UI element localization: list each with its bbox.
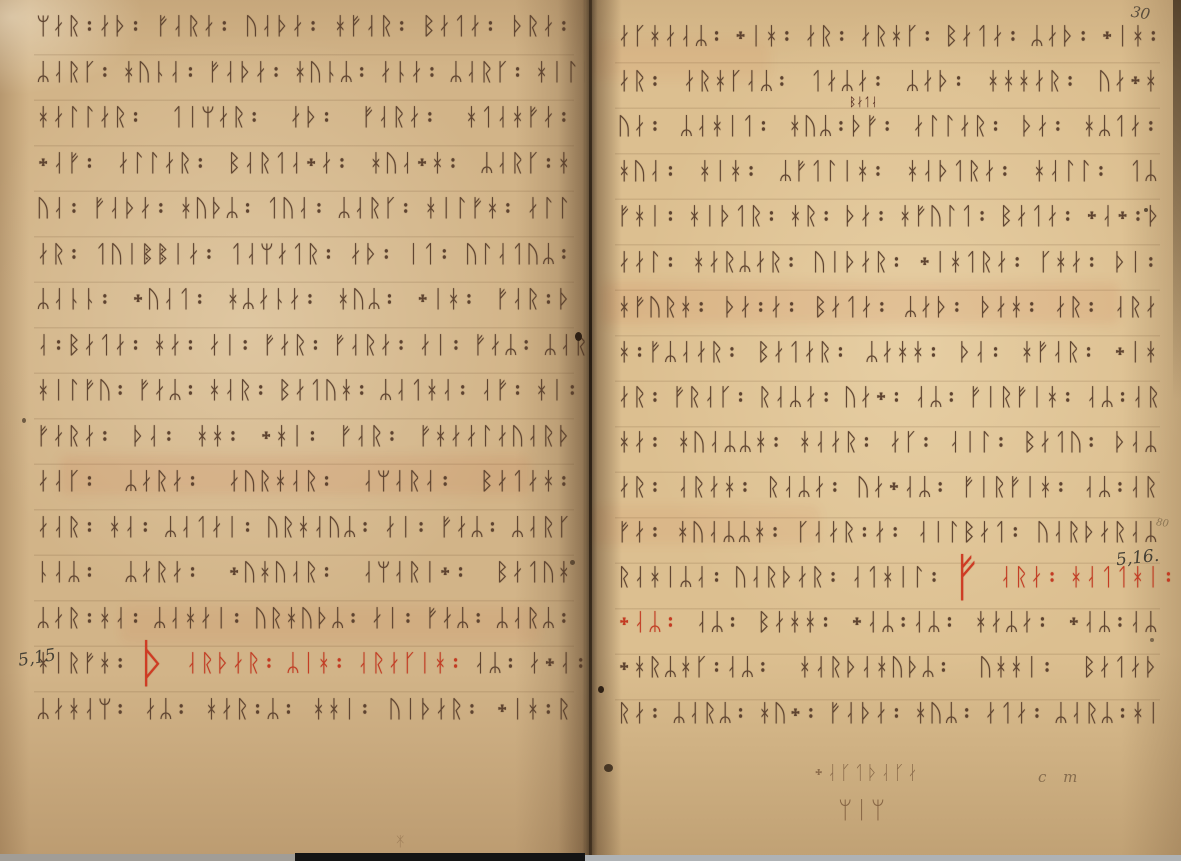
- runic-text-line: ᚼᛅ᛬ ᚼᚢᛆᛦᛦᚼ᛬ ᚼᛆᛅᚱ᛬ ᛅᚴ᛬ ᛆᛁᛚ᛬ ᛒᛅᛐᚢ᛬ ᚦᛆᛦ: [617, 422, 1159, 468]
- ink-speck: [570, 560, 575, 565]
- runic-text-line: ᛅᛆᚱ᛬ ᚼᛆ᛬ ᛦᛆᛐᛅᛁ᛬ ᚢᚱᚼᛆᚢᛦ᛬ ᛅᛁ᛬ ᚠᛅᛦ᛬ ᛦᛆᚱᚴ: [36, 507, 572, 553]
- runic-segment: ᚱᛅ᛬ ᛦᛆᚱᛦ᛬ ᚼᚢ᛭᛬ ᚠᛆᚦᛅ᛬ ᚼᚢᛦ᛬ ᛅᛐᛅ᛬ ᛦᛆᚱᛦ᛬ᚼᛁ: [617, 699, 1162, 727]
- runic-text-line: ᛅᚱ᛬ ᛆᚱᛅᚼ᛬ ᚱᛆᛦᛅ᛬ ᚢᛅ᛭ᛆᛦ᛬ ᚠᛁᚱᚠᛁᚼ᛬ ᛆᛦ᛬ᛆᚱ: [617, 467, 1159, 513]
- ink-speck: [1150, 638, 1154, 642]
- rubric-red-text: ᛆᚱᚦᛅᚱ᛬ ᛦᛁᚼ᛬ ᛆᚱᛅᚴᛁᚼ᛬: [185, 649, 473, 677]
- manuscript-scan: ᛘᛅᚱ᛬ᛅᚦ᛬ ᚠᛆᚱᛅ᛬ ᚢᛆᚦᛅ᛬ ᚼᚠᛆᚱ᛬ ᛒᛅᛐᛅ᛬ ᚦᚱᛅ᛬ ᛦᛆᚱ…: [0, 0, 1181, 861]
- runic-text-line: ᚱᛅ᛬ ᛦᛆᚱᛦ᛬ ᚼᚢ᛭᛬ ᚠᛆᚦᛅ᛬ ᚼᚢᛦ᛬ ᛅᛐᛅ᛬ ᛦᛆᚱᛦ᛬ᚼᛁ: [617, 693, 1159, 739]
- runic-segment: ᚼᚠᚢᚱᚼ᛬ ᚦᛅ᛬ᛅ᛬ ᛒᛅᛐᛅ᛬ ᛦᛅᚦ᛬ ᚦᛅᚼ᛬ ᛅᚱ᛬ ᛆᚱᛅ: [617, 293, 1159, 321]
- runic-segment: ᛦᛅᚼᛆᛘ᛬ ᛅᛦ᛬ ᚼᛅᚱ᛬ᛦ᛬ ᚼᚼᛁ᛬ ᚢᛁᚦᛅᚱ᛬ ᛭ᛁᚼ᛬ᚱ: [36, 695, 572, 723]
- runic-text-line: ᚠᛅ᛬ ᚼᚢᛆᛦᛦᚼ᛬ ᚴᛆᛅᚱ᛬ᛅ᛬ ᛆᛁᛚᛒᛅᛐ᛬ ᚢᛆᚱᚦᛅᚱᛆᛦ: [617, 512, 1159, 558]
- runic-text-line: ᛦᛆᚱᚴ᛬ ᚼᚢᚿᛆ᛬ ᚠᛆᚦᛅ᛬ ᚼᚢᚿᛦ᛬ ᛅᚿᛅ᛬ ᛦᛆᚱᚴ᛬ ᚼᛁᛚᚠ: [36, 52, 572, 98]
- runic-text-line: ᛦᛅᚼᛆᛘ᛬ ᛅᛦ᛬ ᚼᛅᚱ᛬ᛦ᛬ ᚼᚼᛁ᛬ ᚢᛁᚦᛅᚱ᛬ ᛭ᛁᚼ᛬ᚱ: [36, 689, 572, 735]
- runic-text-line: ᚼᛁᛚᚠᚢ᛬ ᚠᛅᛦ᛬ ᚼᛆᚱ᛬ ᛒᛅᛐᚢᚼ᛬ ᛦᛆᛐᚼᛆ᛬ ᛆᚠ᛬ ᚼᛁ᛬: [36, 370, 572, 416]
- runic-text-line: ᚼᛁᚱᚠᚼ᛬ ᚦ ᛆᚱᚦᛅᚱ᛬ ᛦᛁᚼ᛬ ᛆᚱᛅᚴᛁᚼ᛬ ᛆᛦ᛬ ᛅ᛭ᛆ᛬: [36, 643, 572, 689]
- runic-text-line: ᛭ᛆᚠ᛬ ᛅᛚᛚᛅᚱ᛬ ᛒᛆᚱᛐᛆ᛭ᛅ᛬ ᚼᚢᛆ᛭ᚼ᛬ ᛦᛆᚱᚴ᛬ᚼ: [36, 143, 572, 189]
- rubric-red-text: ᛭ᛆᛦ᛬: [617, 608, 695, 636]
- rubric-red-text: ᛆᚱᛅ᛬ ᚼᛆᛐᛐᚼᛁ᛬: [999, 563, 1177, 591]
- runic-segment: ᚼᛅ᛬ ᚼᚢᛆᛦᛦᚼ᛬ ᚼᛆᛅᚱ᛬ ᛅᚴ᛬ ᛆᛁᛚ᛬ ᛒᛅᛐᚢ᛬ ᚦᛆᛦ: [617, 428, 1159, 456]
- left-text-block: ᛘᛅᚱ᛬ᛅᚦ᛬ ᚠᛆᚱᛅ᛬ ᚢᛆᚦᛅ᛬ ᚼᚠᛆᚱ᛬ ᛒᛅᛐᛅ᛬ ᚦᚱᛅ᛬ ᛦᛆᚱ…: [36, 6, 572, 746]
- runic-segment: ᚢᛆ᛬ ᚠᛆᚦᛅ᛬ ᚼᚢᚦᛦ᛬ ᛐᚢᛆ᛬ ᛦᛆᚱᚴ᛬ ᚼᛁᛚᚠᚼ᛬ ᛅᛚᛚ: [36, 194, 572, 222]
- runic-text-line: ᛅᛆᚴ᛬ ᛦᛅᚱᛅ᛬ ᛅᚢᚱᚼᛆᚱ᛬ ᛆᛘᛆᚱᛆ᛬ ᛒᛅᛐᛅᚼ᛬: [36, 461, 572, 507]
- rubric-initial: ᚠ: [951, 548, 999, 608]
- runic-text-line: ᚼᚠᚢᚱᚼ᛬ ᚦᛅ᛬ᛅ᛬ ᛒᛅᛐᛅ᛬ ᛦᛅᚦ᛬ ᚦᛅᚼ᛬ ᛅᚱ᛬ ᛆᚱᛅ: [617, 287, 1159, 333]
- runic-segment: ᛅᚱ᛬ ᚠᚱᛆᚴ᛬ ᚱᛆᛦᛅ᛬ ᚢᛅ᛭᛬ ᛆᛦ᛬ ᚠᛁᚱᚠᛁᚼ᛬ ᛆᛦ᛬ᛆᚱ: [617, 383, 1162, 411]
- right-page: ᛅᚴᚼᛅᛆᛦ᛬ ᛭ᛁᚼ᛬ ᛅᚱ᛬ ᛅᚱᚼᚴ᛬ ᛒᛅᛐᛅ᛬ ᛦᛅᚦ᛬ ᛭ᛁᚼ᛬ ᛅ…: [585, 0, 1181, 861]
- runic-segment: ᚢᛅ᛬ ᛦᛆᚼᛁᛐ᛬ ᚼᚢᛦ᛬ᚦᚠ᛬ ᛅᛚᛚᛅᚱ᛬ ᚦᛅ᛬ ᚼᛦᛐᛅ᛬: [617, 112, 1159, 140]
- runic-segment: ᚼᛅᛚᛚᛅᚱ᛬ ᛐᛁᛘᛅᚱ᛬ ᛅᚦ᛬ ᚠᛆᚱᛅ᛬ ᚼᛐᛆᚼᚠᛅ᛬: [36, 103, 572, 131]
- runic-text-line: ᚿᛆᛦ᛬ ᛦᛅᚱᛅ᛬ ᛭ᚢᚼᚢᛆᚱ᛬ ᛆᛘᛆᚱᛁ᛭᛬ ᛒᛅᛐᚢᚼ: [36, 552, 572, 598]
- book-gutter-crease: [589, 0, 592, 861]
- runic-segment: ᛆᛦ᛬ ᛅ᛭ᛆ᛬: [472, 649, 588, 677]
- right-text-block: ᛅᚴᚼᛅᛆᛦ᛬ ᛭ᛁᚼ᛬ ᛅᚱ᛬ ᛅᚱᚼᚴ᛬ ᛒᛅᛐᛅ᛬ ᛦᛅᚦ᛬ ᛭ᛁᚼ᛬ ᛅ…: [617, 16, 1159, 741]
- runic-segment: ᛘᛅᚱ᛬ᛅᚦ᛬ ᚠᛆᚱᛅ᛬ ᚢᛆᚦᛅ᛬ ᚼᚠᛆᚱ᛬ ᛒᛅᛐᛅ᛬ ᚦᚱᛅ᛬: [36, 12, 572, 40]
- runic-segment: ᛅᛅᛚ᛬ ᚼᛅᚱᛦᛅᚱ᛬ ᚢᛁᚦᛅᚱ᛬ ᛭ᛁᚼᛐᚱᛅ᛬ ᚴᚼᛅ᛬ ᚦᛁ᛬: [617, 248, 1159, 276]
- runic-segment: ᛆ᛬ᛒᛅᛐᛅ᛬ ᚼᛅ᛬ ᛅᛁ᛬ ᚠᛅᚱ᛬ ᚠᛆᚱᛅ᛬ ᛅᛁ᛬ ᚠᛅᛦ᛬ ᛦᛆᚱ᛬…: [36, 331, 620, 359]
- runic-segment: ᚼ᛬ᚠᛦᛆᛅᚱ᛬ ᛒᛅᛐᛅᚱ᛬ ᛦᛅᚼᚼ᛬ ᚦᛆ᛬ ᚼᚠᛆᚱ᛬ ᛭ᛁᚼ: [617, 338, 1159, 366]
- runic-segment: ᚿᛆᛦ᛬ ᛦᛅᚱᛅ᛬ ᛭ᚢᚼᚢᛆᚱ᛬ ᛆᛘᛆᚱᛁ᛭᛬ ᛒᛅᛐᚢᚼ: [36, 558, 572, 586]
- ink-speck: [22, 418, 26, 423]
- runic-segment: ᛅᚱ᛬ ᛆᚱᛅᚼ᛬ ᚱᛆᛦᛅ᛬ ᚢᛅ᛭ᛆᛦ᛬ ᚠᛁᚱᚠᛁᚼ᛬ ᛆᛦ᛬ᛆᚱ: [617, 473, 1159, 501]
- runic-segment: ᛆᛦ᛬ ᛒᛅᚼᚼ᛬ ᛭ᛆᛦ᛬ᛆᛦ᛬ ᚼᛅᛦᛅ᛬ ᛭ᛆᛦ᛬ᛆᛦ: [695, 608, 1159, 636]
- runic-segment: ᚼᚢᛆ᛬ ᚼᛁᚼ᛬ ᛦᚠᛐᛚᛁᚼ᛬ ᚼᛆᚦᛐᚱᛅ᛬ ᚼᛆᛚᛚ᛬ ᛐᛦ: [617, 157, 1159, 185]
- runic-text-line: ᚱᛆᚼᛁᛦᛆ᛬ ᚢᛆᚱᚦᛅᚱ᛬ ᛆᛐᚼᛁᛚ᛬ ᚠ ᛆᚱᛅ᛬ ᚼᛆᛐᛐᚼᛁ᛬: [617, 557, 1159, 603]
- bottom-runic-note: ᛭ᛆᚴᛐᚦᛆᚴᛅ: [813, 762, 920, 784]
- runic-segment: ᛭ᛆᚠ᛬ ᛅᛚᛚᛅᚱ᛬ ᛒᛆᚱᛐᛆ᛭ᛅ᛬ ᚼᚢᛆ᛭ᚼ᛬ ᛦᛆᚱᚴ᛬ᚼ: [36, 149, 572, 177]
- scan-strip-gray: [585, 855, 1181, 861]
- runic-text-line: ᛅᛅᛚ᛬ ᚼᛅᚱᛦᛅᚱ᛬ ᚢᛁᚦᛅᚱ᛬ ᛭ᛁᚼᛐᚱᛅ᛬ ᚴᚼᛅ᛬ ᚦᛁ᛬: [617, 242, 1159, 288]
- runic-text-line: ᛦᛆᚿᚿ᛬ ᛭ᚢᛆᛐ᛬ ᚼᛦᛅᚿᛅ᛬ ᚼᚢᛦ᛬ ᛭ᛁᚼ᛬ ᚠᛆᚱ᛬ᚦ: [36, 279, 572, 325]
- runic-segment: ᛅᚴᚼᛅᛆᛦ᛬ ᛭ᛁᚼ᛬ ᛅᚱ᛬ ᛅᚱᚼᚴ᛬ ᛒᛅᛐᛅ᛬ ᛦᛅᚦ᛬ ᛭ᛁᚼ᛬: [617, 22, 1162, 50]
- runic-text-line: ᛆ᛬ᛒᛅᛐᛅ᛬ ᚼᛅ᛬ ᛅᛁ᛬ ᚠᛅᚱ᛬ ᚠᛆᚱᛅ᛬ ᛅᛁ᛬ ᚠᛅᛦ᛬ ᛦᛆᚱ᛬…: [36, 325, 572, 371]
- scan-strip-gray: [0, 854, 295, 861]
- left-page: ᛘᛅᚱ᛬ᛅᚦ᛬ ᚠᛆᚱᛅ᛬ ᚢᛆᚦᛅ᛬ ᚼᚠᛆᚱ᛬ ᛒᛅᛐᛅ᛬ ᚦᚱᛅ᛬ ᛦᛆᚱ…: [0, 0, 585, 861]
- ink-speck: [575, 332, 582, 341]
- runic-text-line: ᛅᚱ᛬ ᚠᚱᛆᚴ᛬ ᚱᛆᛦᛅ᛬ ᚢᛅ᛭᛬ ᛆᛦ᛬ ᚠᛁᚱᚠᛁᚼ᛬ ᛆᛦ᛬ᛆᚱ: [617, 377, 1159, 423]
- runic-segment: ᚱᛆᚼᛁᛦᛆ᛬ ᚢᛆᚱᚦᛅᚱ᛬ ᛆᛐᚼᛁᛚ᛬: [617, 563, 951, 591]
- runic-text-line: ᛭ᚼᚱᛦᚼᚴ᛬ᛆᛦ᛬ ᚼᛆᚱᚦᛆᚼᚢᚦᛦ᛬ ᚢᚼᚼᛁ᛬ ᛒᛅᛐᛅᚦ: [617, 647, 1159, 693]
- rubric-initial: ᚦ: [137, 634, 185, 694]
- edge-note: 80: [1155, 517, 1169, 530]
- runic-segment: ᛅᚱ᛬ ᛐᚢᛁᛔᛔᛁᛅ᛬ ᛐᛆᛘᛅᛐᚱ᛬ ᛅᚦ᛬ ᛁᛐ᛬ ᚢᛚᛆᛐᚢᛦ᛬: [36, 240, 572, 268]
- runic-segment: ᚼᛁᛚᚠᚢ᛬ ᚠᛅᛦ᛬ ᚼᛆᚱ᛬ ᛒᛅᛐᚢᚼ᛬ ᛦᛆᛐᚼᛆ᛬ ᛆᚠ᛬ ᚼᛁ᛬: [36, 376, 581, 404]
- stray-mark: ᛡ: [396, 834, 404, 850]
- bottom-runic-note: ᛘᛁᛘ: [838, 796, 887, 824]
- runic-text-line: ᚼᛅᛚᛚᛅᚱ᛬ ᛐᛁᛘᛅᚱ᛬ ᛅᚦ᛬ ᚠᛆᚱᛅ᛬ ᚼᛐᛆᚼᚠᛅ᛬: [36, 97, 572, 143]
- runic-text-line: ᚢᛅ᛬ ᛦᛆᚼᛁᛐ᛬ ᚼᚢᛦ᛬ᚦᚠ᛬ ᛅᛚᛚᛅᚱ᛬ ᚦᛅ᛬ ᚼᛦᛐᛅ᛬: [617, 106, 1159, 152]
- runic-segment: ᚠᛅᚱᛅ᛬ ᚦᛆ᛬ ᚼᚼ᛬ ᛭ᚼᛁ᛬ ᚠᛆᚱ᛬ ᚠᚼᛅᛅᛚᛅᚢᛆᚱᚦ: [36, 422, 572, 450]
- ink-speck: [604, 764, 613, 772]
- runic-segment: ᚠᚼᛁ᛬ ᚼᛁᚦᛐᚱ᛬ ᚼᚱ᛬ ᚦᛅ᛬ ᚼᚠᚢᛚᛐ᛬ ᛒᛅᛐᛅ᛬ ᛭ᛆ᛭᛬ᚦ: [617, 202, 1162, 230]
- quire-mark: c m: [1038, 768, 1083, 786]
- runic-text-line: ᛅᚱ᛬ ᛐᚢᛁᛔᛔᛁᛅ᛬ ᛐᛆᛘᛅᛐᚱ᛬ ᛅᚦ᛬ ᛁᛐ᛬ ᚢᛚᛆᛐᚢᛦ᛬: [36, 234, 572, 280]
- runic-segment: ᛅᛆᚱ᛬ ᚼᛆ᛬ ᛦᛆᛐᛅᛁ᛬ ᚢᚱᚼᛆᚢᛦ᛬ ᛅᛁ᛬ ᚠᛅᛦ᛬ ᛦᛆᚱᚴ: [36, 513, 572, 541]
- runic-segment: ᛦᛅᚱ᛬ᚼᛆ᛬ ᛦᛆᚼᛅᛁ᛬ ᚢᚱᚼᚢᚦᛦ᛬ ᛅᛁ᛬ ᚠᛅᛦ᛬ ᛦᛆᚱᛦ᛬: [36, 604, 572, 632]
- runic-segment: ᛦᛆᚿᚿ᛬ ᛭ᚢᛆᛐ᛬ ᚼᛦᛅᚿᛅ᛬ ᚼᚢᛦ᛬ ᛭ᛁᚼ᛬ ᚠᛆᚱ᛬ᚦ: [36, 285, 572, 313]
- runic-text-line: ᛭ᛆᛦ᛬ ᛆᛦ᛬ ᛒᛅᚼᚼ᛬ ᛭ᛆᛦ᛬ᛆᛦ᛬ ᚼᛅᛦᛅ᛬ ᛭ᛆᛦ᛬ᛆᛦ: [617, 602, 1159, 648]
- runic-text-line: ᚢᛆ᛬ ᚠᛆᚦᛅ᛬ ᚼᚢᚦᛦ᛬ ᛐᚢᛆ᛬ ᛦᛆᚱᚴ᛬ ᚼᛁᛚᚠᚼ᛬ ᛅᛚᛚ: [36, 188, 572, 234]
- runic-segment: ᛦᛆᚱᚴ᛬ ᚼᚢᚿᛆ᛬ ᚠᛆᚦᛅ᛬ ᚼᚢᚿᛦ᛬ ᛅᚿᛅ᛬ ᛦᛆᚱᚴ᛬ ᚼᛁᛚᚠ: [36, 58, 596, 86]
- ink-speck: [598, 686, 604, 693]
- folio-number: 30: [1130, 3, 1152, 24]
- runic-text-line: ᚼ᛬ᚠᛦᛆᛅᚱ᛬ ᛒᛅᛐᛅᚱ᛬ ᛦᛅᚼᚼ᛬ ᚦᛆ᛬ ᚼᚠᛆᚱ᛬ ᛭ᛁᚼ: [617, 332, 1159, 378]
- runic-text-line: ᛘᛅᚱ᛬ᛅᚦ᛬ ᚠᛆᚱᛅ᛬ ᚢᛆᚦᛅ᛬ ᚼᚠᛆᚱ᛬ ᛒᛅᛐᛅ᛬ ᚦᚱᛅ᛬: [36, 6, 572, 52]
- runic-segment: ᚠᛅ᛬ ᚼᚢᛆᛦᛦᚼ᛬ ᚴᛆᛅᚱ᛬ᛅ᛬ ᛆᛁᛚᛒᛅᛐ᛬ ᚢᛆᚱᚦᛅᚱᛆᛦ: [617, 518, 1159, 546]
- runic-text-line: ᚠᚼᛁ᛬ ᚼᛁᚦᛐᚱ᛬ ᚼᚱ᛬ ᚦᛅ᛬ ᚼᚠᚢᛚᛐ᛬ ᛒᛅᛐᛅ᛬ ᛭ᛆ᛭᛬ᚦ: [617, 196, 1159, 242]
- runic-text-line: ᛅᚴᚼᛅᛆᛦ᛬ ᛭ᛁᚼ᛬ ᛅᚱ᛬ ᛅᚱᚼᚴ᛬ ᛒᛅᛐᛅ᛬ ᛦᛅᚦ᛬ ᛭ᛁᚼ᛬: [617, 16, 1159, 62]
- runic-text-line: ᛅᚱ᛬ ᛅᚱᚼᚴᛆᛦ᛬ ᛐᛅᛦᛅ᛬ ᛦᛅᚦ᛬ ᚼᚼᚼᛅᚱ᛬ ᚢᛅ᛭ᚼ: [617, 61, 1159, 107]
- runic-segment: ᛅᛆᚴ᛬ ᛦᛅᚱᛅ᛬ ᛅᚢᚱᚼᛆᚱ᛬ ᛆᛘᛆᚱᛆ᛬ ᛒᛅᛐᛅᚼ᛬: [36, 467, 572, 495]
- runic-segment: ᛭ᚼᚱᛦᚼᚴ᛬ᛆᛦ᛬ ᚼᛆᚱᚦᛆᚼᚢᚦᛦ᛬ ᚢᚼᚼᛁ᛬ ᛒᛅᛐᛅᚦ: [617, 653, 1159, 681]
- runic-text-line: ᚠᛅᚱᛅ᛬ ᚦᛆ᛬ ᚼᚼ᛬ ᛭ᚼᛁ᛬ ᚠᛆᚱ᛬ ᚠᚼᛅᛅᛚᛅᚢᛆᚱᚦ: [36, 416, 572, 462]
- interlinear-correction: ᛒᛅᛐᛆ: [849, 95, 878, 109]
- runic-text-line: ᚼᚢᛆ᛬ ᚼᛁᚼ᛬ ᛦᚠᛐᛚᛁᚼ᛬ ᚼᛆᚦᛐᚱᛅ᛬ ᚼᛆᛚᛚ᛬ ᛐᛦ: [617, 151, 1159, 197]
- scan-strip-black: [295, 853, 585, 861]
- ink-speck: [1144, 208, 1148, 212]
- runic-segment: ᛅᚱ᛬ ᛅᚱᚼᚴᛆᛦ᛬ ᛐᛅᛦᛅ᛬ ᛦᛅᚦ᛬ ᚼᚼᚼᛅᚱ᛬ ᚢᛅ᛭ᚼ: [617, 67, 1159, 95]
- runic-text-line: ᛦᛅᚱ᛬ᚼᛆ᛬ ᛦᛆᚼᛅᛁ᛬ ᚢᚱᚼᚢᚦᛦ᛬ ᛅᛁ᛬ ᚠᛅᛦ᛬ ᛦᛆᚱᛦ᛬: [36, 598, 572, 644]
- page-edge-shadow: [1173, 0, 1181, 400]
